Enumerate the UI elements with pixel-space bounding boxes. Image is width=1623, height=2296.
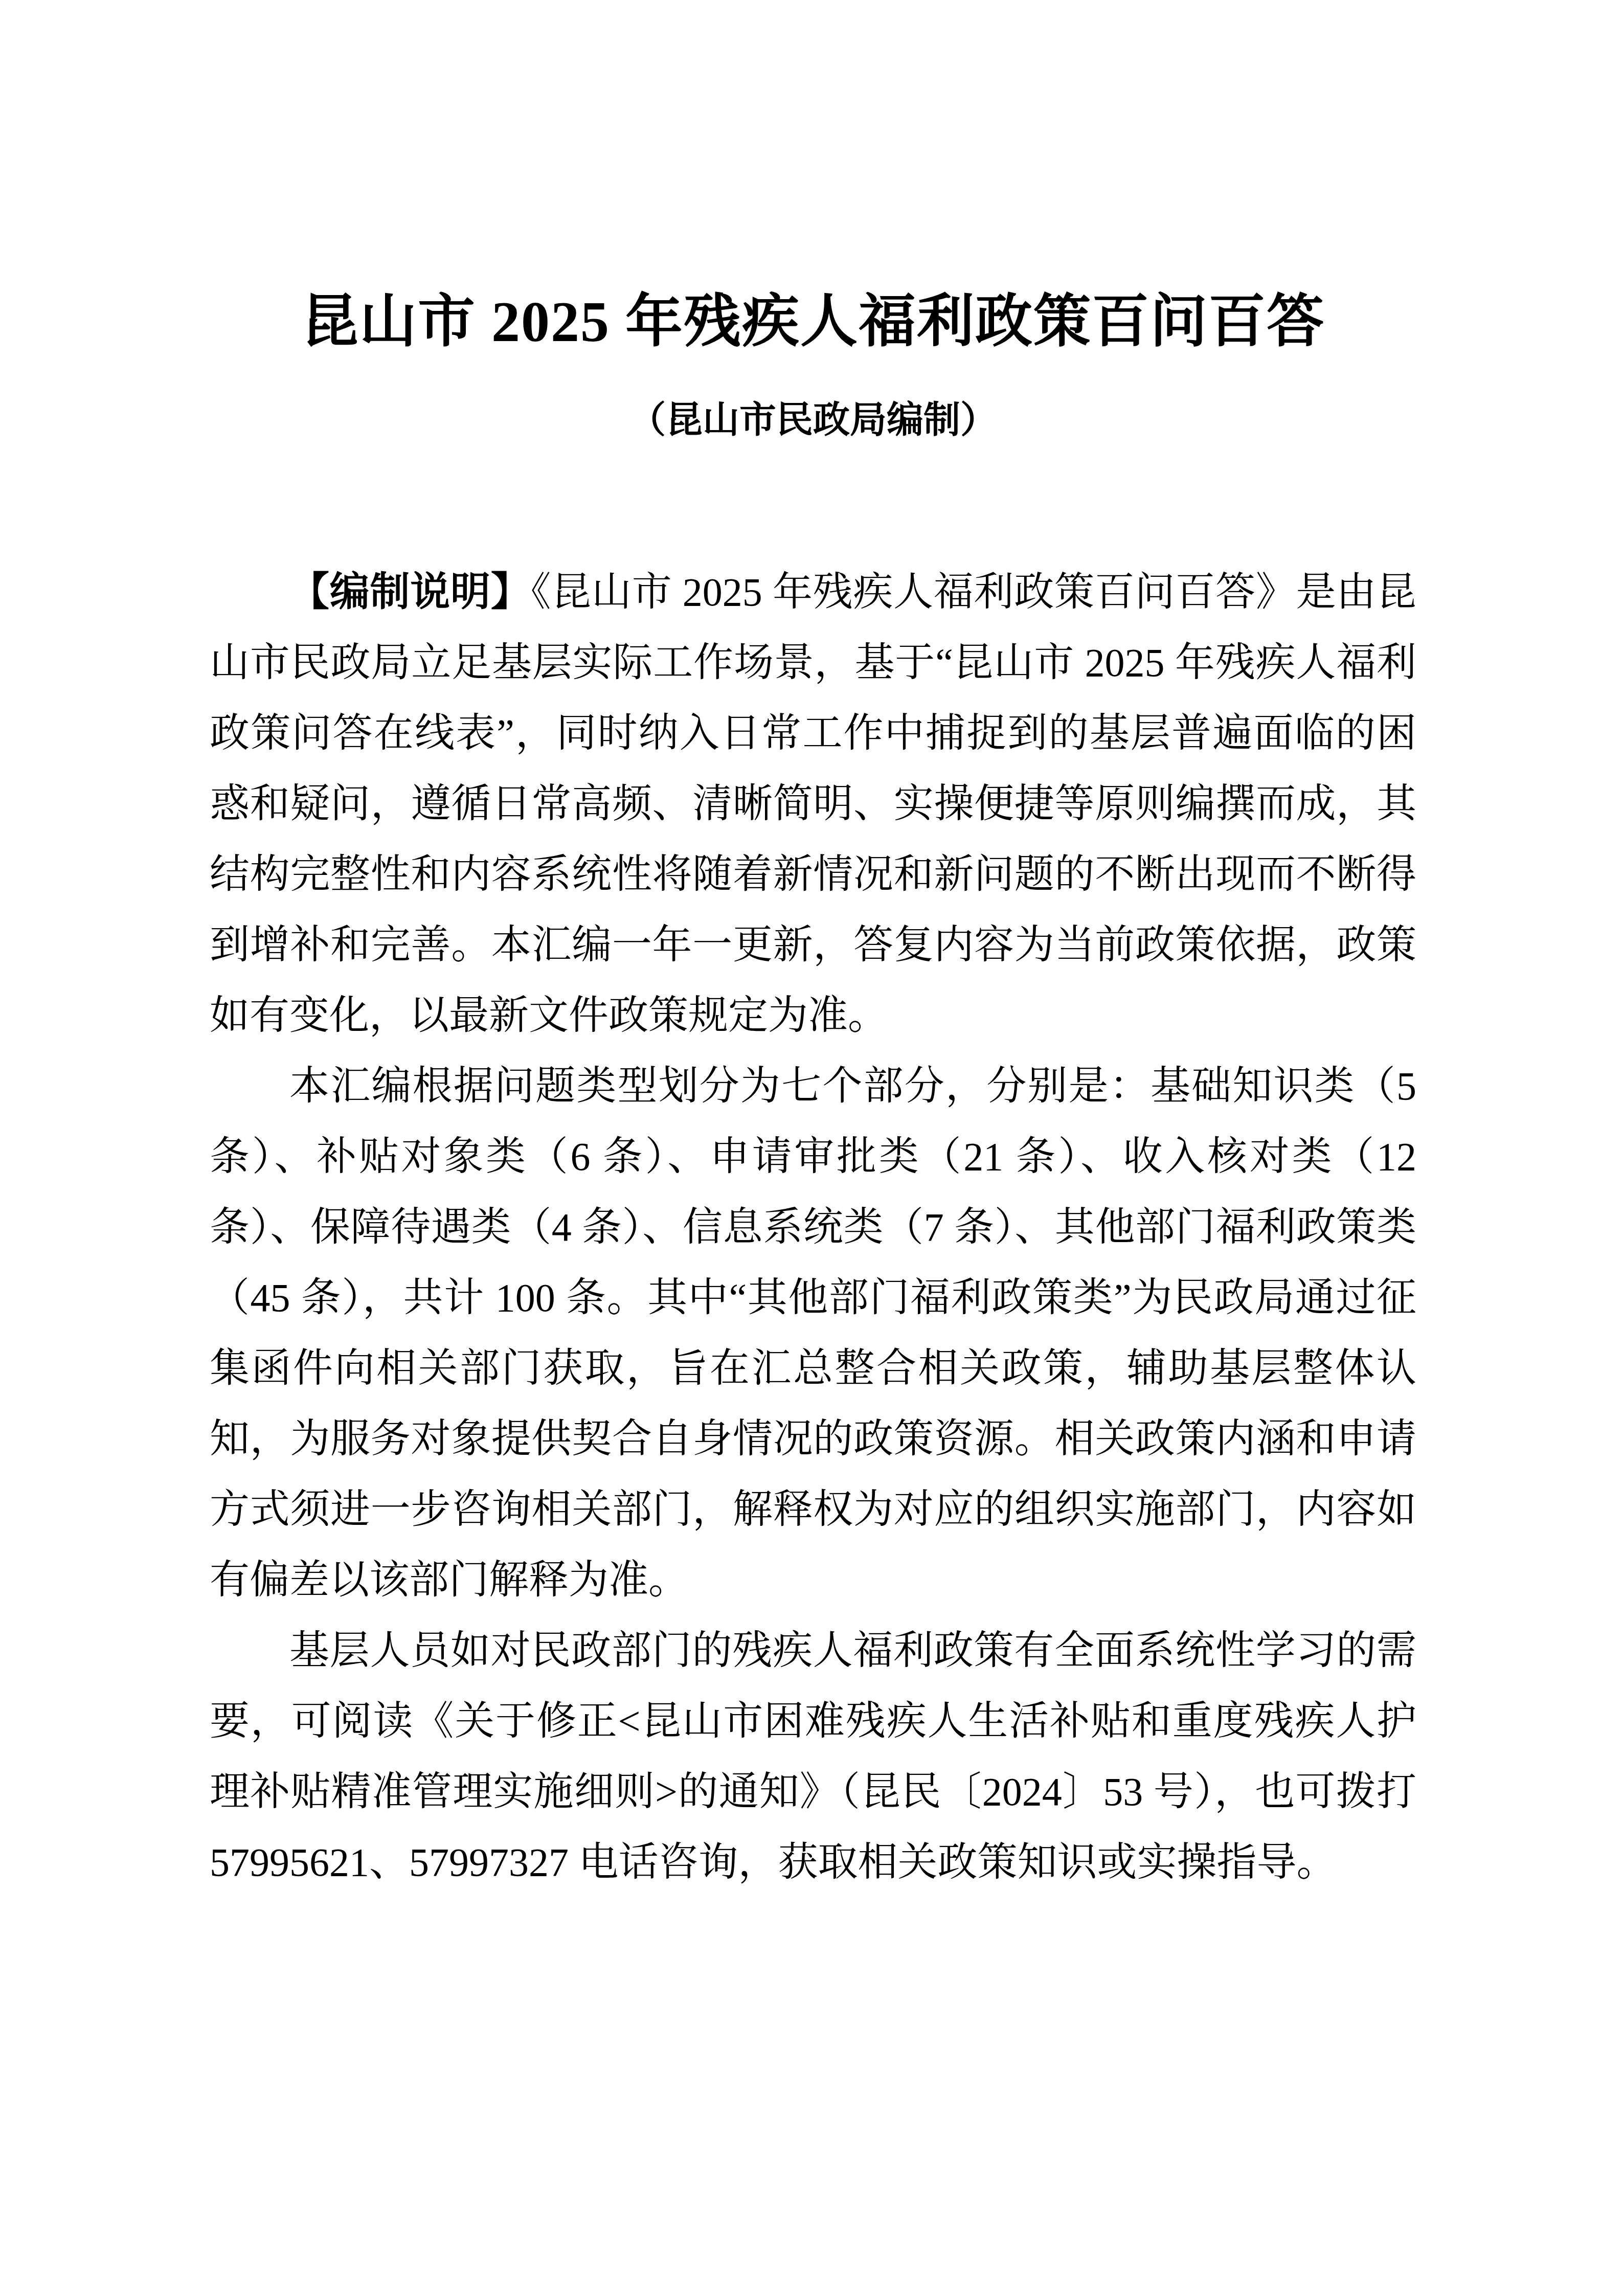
paragraph: 【编制说明】《昆山市 2025 年残疾人福利政策百问百答》是由昆山市民政局立足基… xyxy=(210,557,1416,1051)
document-page: 昆山市 2025 年残疾人福利政策百问百答 （昆山市民政局编制） 【编制说明】《… xyxy=(0,0,1623,2296)
paragraph-text: 本汇编根据问题类型划分为七个部分，分别是：基础知识类（5 条）、补贴对象类（6 … xyxy=(210,1064,1416,1602)
document-title: 昆山市 2025 年残疾人福利政策百问百答 xyxy=(210,286,1416,358)
document-subtitle: （昆山市民政局编制） xyxy=(210,398,1416,442)
paragraph-lead-label: 【编制说明】 xyxy=(289,570,531,614)
paragraph-text: 基层人员如对民政部门的残疾人福利政策有全面系统性学习的需要，可阅读《关于修正<昆… xyxy=(210,1628,1416,1884)
paragraph: 本汇编根据问题类型划分为七个部分，分别是：基础知识类（5 条）、补贴对象类（6 … xyxy=(210,1051,1416,1615)
document-body: 【编制说明】《昆山市 2025 年残疾人福利政策百问百答》是由昆山市民政局立足基… xyxy=(210,557,1416,1898)
paragraph-text: 《昆山市 2025 年残疾人福利政策百问百答》是由昆山市民政局立足基层实际工作场… xyxy=(210,570,1416,1038)
paragraph: 基层人员如对民政部门的残疾人福利政策有全面系统性学习的需要，可阅读《关于修正<昆… xyxy=(210,1615,1416,1898)
